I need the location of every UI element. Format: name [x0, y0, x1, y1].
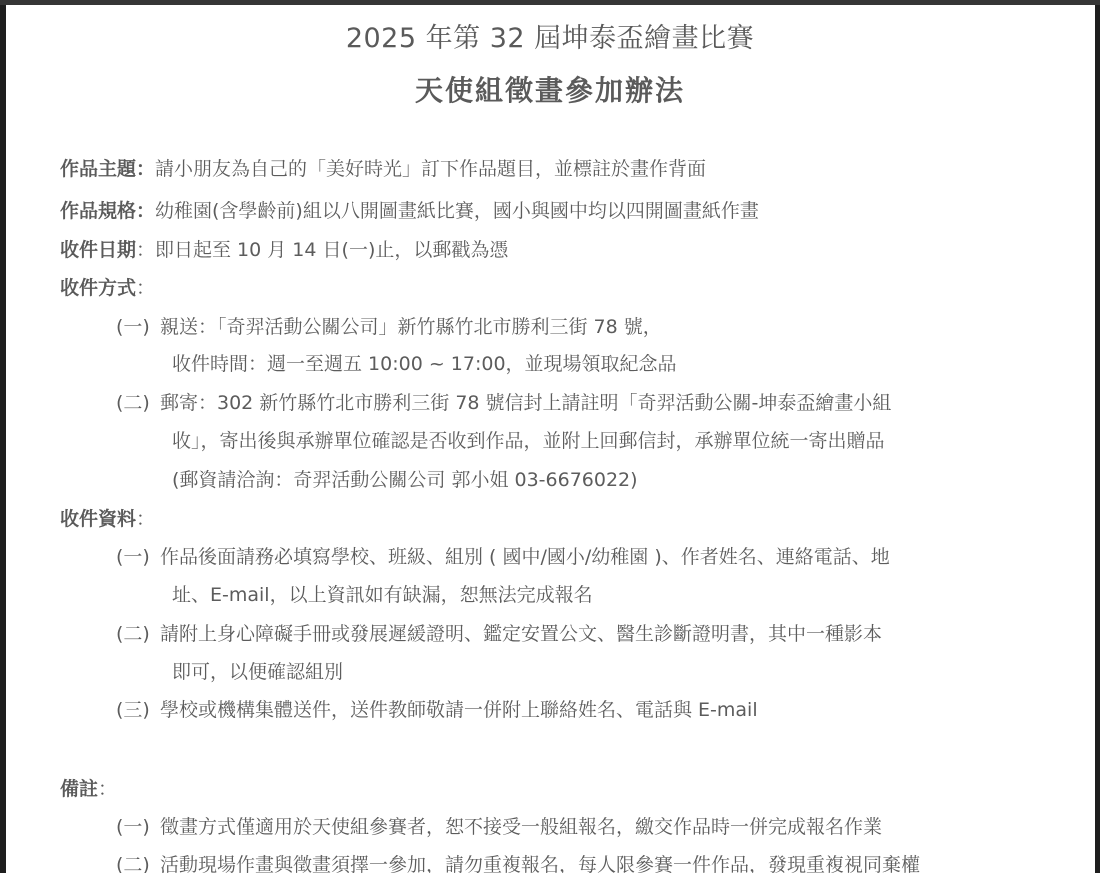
notes-item-1-line1: 徵畫方式僅適用於天使組參賽者，恕不接受一般組報名，繳交作品時一併完成報名作業: [160, 816, 882, 838]
materials-label: 收件資料: [60, 508, 136, 530]
materials-item-3-line1: 學校或機構集體送件，送件教師敬請一併附上聯絡姓名、電話與 E-mail: [160, 699, 758, 721]
materials-item-2-line1: 請附上身心障礙手冊或發展遲緩證明、鑑定安置公文、醫生診斷證明書，其中一種影本: [160, 623, 882, 645]
notes-colon: ：: [98, 778, 117, 800]
method-item-2-line3: (郵資請洽詢：奇羿活動公關公司 郭小姐 03-6676022): [172, 468, 638, 492]
notes-item-1: (一)徵畫方式僅適用於天使組參賽者，恕不接受一般組報名，繳交作品時一併完成報名作…: [116, 815, 882, 839]
notes-item-2: (二)活動現場作畫與徵畫須擇一參加，請勿重複報名，每人限參賽一件作品，發現重複視…: [116, 853, 920, 873]
method-item-2-line1: 郵寄：302 新竹縣竹北市勝利三街 78 號信封上請註明「奇羿活動公關-坤泰盃繪…: [160, 392, 891, 414]
spec-row: 作品規格：幼稚園(含學齡前)組以八開圖畫紙比賽，國小與國中均以四開圖畫紙作畫: [60, 199, 759, 223]
materials-item-1-number: (一): [116, 545, 160, 569]
method-label: 收件方式: [60, 277, 136, 299]
materials-colon: ：: [136, 508, 155, 530]
materials-item-2: (二)請附上身心障礙手冊或發展遲緩證明、鑑定安置公文、醫生診斷證明書，其中一種影…: [116, 622, 882, 646]
materials-item-3-number: (三): [116, 698, 160, 722]
method-item-1-line1: 親送：「奇羿活動公關公司」新竹縣竹北市勝利三街 78 號，: [160, 316, 662, 338]
materials-item-2-line2: 即可，以便確認組別: [172, 660, 343, 684]
theme-label: 作品主題：: [60, 158, 155, 180]
document-page: 2025 年第 32 屆坤泰盃繪畫比賽 天使組徵畫參加辦法 作品主題：請小朋友為…: [6, 5, 1095, 873]
spec-label: 作品規格：: [60, 200, 155, 222]
theme-text: 請小朋友為自己的「美好時光」訂下作品題目，並標註於畫作背面: [155, 158, 706, 180]
spec-text: 幼稚園(含學齡前)組以八開圖畫紙比賽，國小與國中均以四開圖畫紙作畫: [155, 200, 759, 222]
method-item-2: (二)郵寄：302 新竹縣竹北市勝利三街 78 號信封上請註明「奇羿活動公關-坤…: [116, 391, 891, 415]
notes-item-2-number: (二): [116, 853, 160, 873]
window-frame-right: [1095, 5, 1100, 873]
notes-label: 備註: [60, 778, 98, 800]
notes-item-2-line1: 活動現場作畫與徵畫須擇一參加，請勿重複報名，每人限參賽一件作品，發現重複視同棄權: [160, 854, 920, 873]
materials-heading: 收件資料：: [60, 507, 155, 531]
deadline-row: 收件日期：即日起至 10 月 14 日(一)止，以郵戳為憑: [60, 238, 508, 262]
theme-row: 作品主題：請小朋友為自己的「美好時光」訂下作品題目，並標註於畫作背面: [60, 157, 706, 181]
document-title: 2025 年第 32 屆坤泰盃繪畫比賽: [6, 16, 1095, 55]
notes-item-1-number: (一): [116, 815, 160, 839]
method-item-1: (一)親送：「奇羿活動公關公司」新竹縣竹北市勝利三街 78 號，: [116, 315, 662, 339]
method-heading: 收件方式：: [60, 276, 155, 300]
document-subtitle: 天使組徵畫參加辦法: [6, 69, 1095, 109]
deadline-label: 收件日期: [60, 239, 136, 261]
materials-item-1: (一)作品後面請務必填寫學校、班級、組別 ( 國中/國小/幼稚園 )、作者姓名、…: [116, 545, 890, 569]
method-item-1-number: (一): [116, 315, 160, 339]
method-item-1-line2: 收件時間：週一至週五 10:00 ~ 17:00，並現場領取紀念品: [172, 352, 677, 376]
deadline-text: ：即日起至 10 月 14 日(一)止，以郵戳為憑: [136, 239, 508, 261]
materials-item-3: (三)學校或機構集體送件，送件教師敬請一併附上聯絡姓名、電話與 E-mail: [116, 698, 758, 722]
materials-item-1-line1: 作品後面請務必填寫學校、班級、組別 ( 國中/國小/幼稚園 )、作者姓名、連絡電…: [160, 546, 890, 568]
materials-item-2-number: (二): [116, 622, 160, 646]
method-colon: ：: [136, 277, 155, 299]
method-item-2-number: (二): [116, 391, 160, 415]
materials-item-1-line2: 址、E-mail，以上資訊如有缺漏，恕無法完成報名: [172, 583, 593, 607]
notes-heading: 備註：: [60, 777, 117, 801]
method-item-2-line2: 收」，寄出後與承辦單位確認是否收到作品，並附上回郵信封，承辦單位統一寄出贈品: [172, 429, 885, 453]
